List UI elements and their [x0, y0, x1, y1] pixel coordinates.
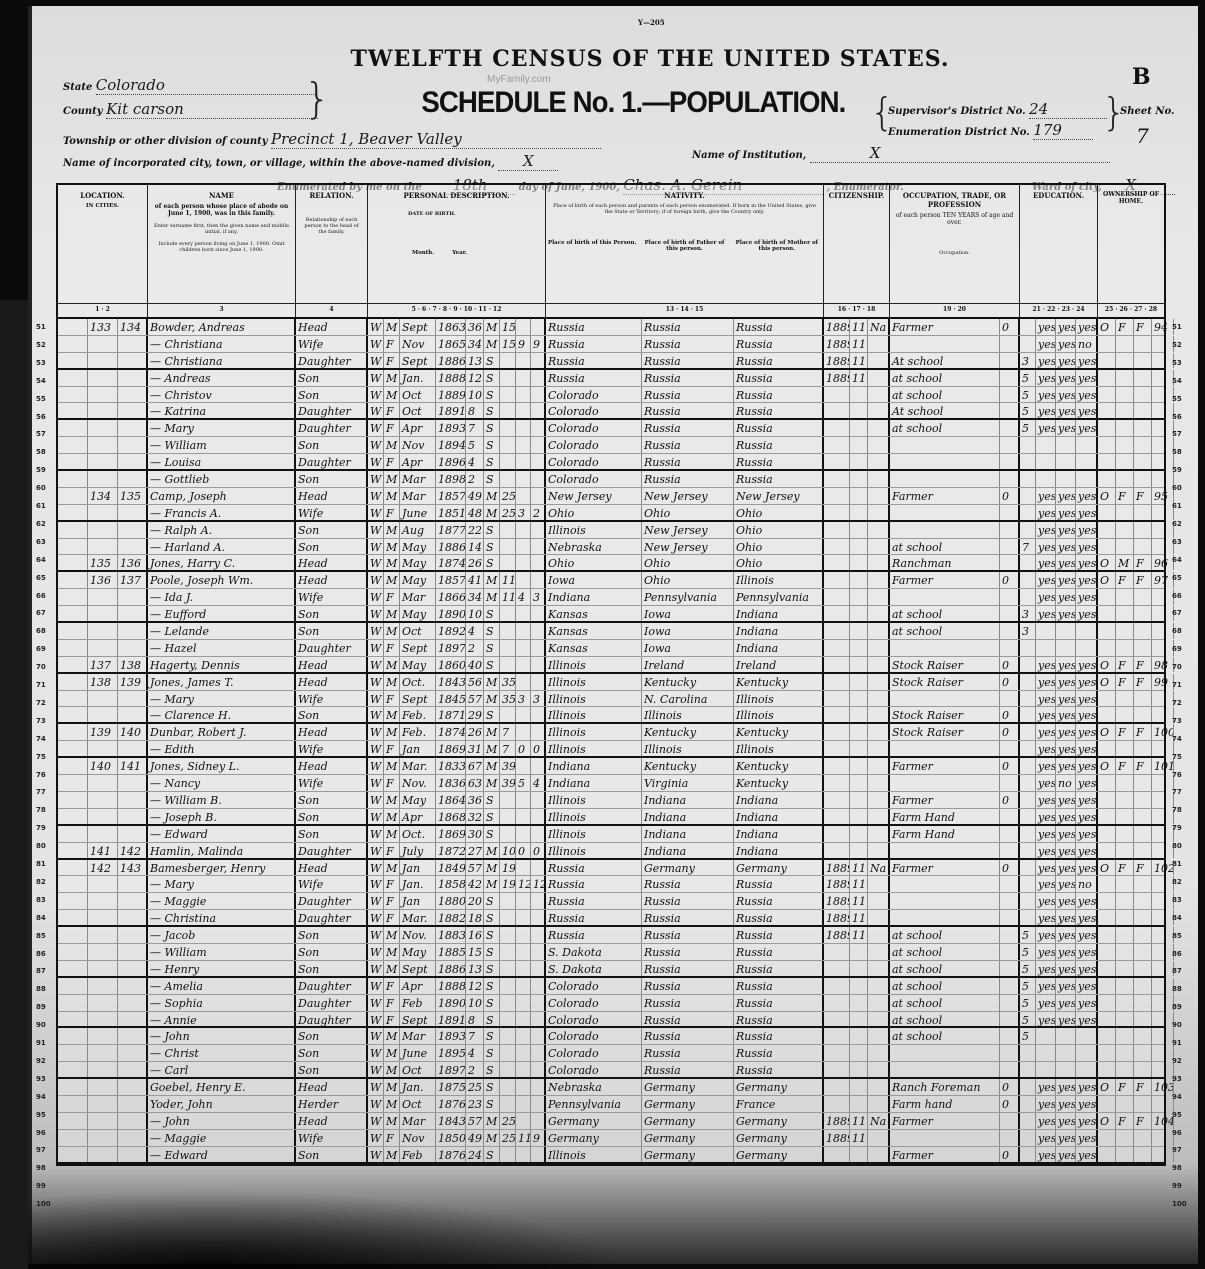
birthplace-father-cell: Russia [642, 1045, 734, 1061]
children-born-cell [516, 707, 531, 722]
school-months-cell [1020, 775, 1036, 791]
line-number-right: 65 [1172, 574, 1182, 582]
naturalization-cell [868, 555, 890, 570]
age-cell: 34 [466, 589, 484, 605]
person-name-cell: — Annie [148, 1012, 296, 1027]
naturalization-cell: Na [868, 860, 890, 876]
children-living-cell [531, 454, 546, 469]
street-cell [58, 758, 88, 774]
naturalization-cell [868, 437, 890, 453]
dwelling-number-cell [88, 944, 118, 960]
sex-cell: M [384, 387, 400, 403]
color-cell: W [368, 1147, 384, 1162]
owned-rented-cell [1098, 843, 1116, 858]
birth-month-cell: Sept [400, 353, 436, 368]
months-unemployed-cell [1000, 809, 1020, 824]
line-number-right: 73 [1172, 717, 1182, 725]
naturalization-cell [868, 1130, 890, 1146]
family-number-cell [118, 775, 148, 791]
naturalization-cell [868, 674, 890, 690]
dwelling-number-cell [88, 403, 118, 418]
occupation-sub: of each person TEN YEARS of age and over… [890, 209, 1019, 229]
farm-house-cell [1134, 403, 1152, 418]
location-title: LOCATION. [58, 185, 147, 200]
relation-cell: Son [296, 539, 368, 555]
family-number-cell [118, 961, 148, 976]
children-born-cell [516, 539, 531, 555]
speaks-english-cell: yes [1076, 319, 1098, 335]
family-number-cell [118, 876, 148, 892]
street-cell [58, 589, 88, 605]
free-mortgaged-cell [1116, 927, 1134, 943]
can-read-cell: yes [1036, 758, 1056, 774]
birthplace-father-cell: Russia [642, 437, 734, 453]
color-cell: W [368, 1079, 384, 1095]
marital-status-cell: M [484, 724, 500, 740]
children-born-cell [516, 961, 531, 976]
children-born-cell [516, 758, 531, 774]
immigration-year-cell [824, 1079, 850, 1095]
can-read-cell: yes [1036, 961, 1056, 976]
person-name-cell: — Hazel [148, 640, 296, 656]
farm-house-cell: F [1134, 572, 1152, 588]
census-title: TWELFTH CENSUS OF THE UNITED STATES. [32, 46, 1198, 72]
years-in-us-cell [850, 488, 868, 504]
children-living-cell [531, 961, 546, 976]
owned-rented-cell [1098, 1045, 1116, 1061]
relation-cell: Son [296, 370, 368, 386]
years-married-cell [500, 420, 516, 436]
months-unemployed-cell [1000, 1028, 1020, 1044]
occupation-cell: at school [890, 995, 1000, 1011]
naturalization-cell [868, 741, 890, 756]
months-unemployed-cell [1000, 370, 1020, 386]
owned-rented-cell [1098, 741, 1116, 756]
marital-status-cell: S [484, 707, 500, 722]
line-number-right: 82 [1172, 878, 1182, 886]
color-cell: W [368, 420, 384, 436]
children-born-cell [516, 471, 531, 487]
birthplace-father-cell: Kentucky [642, 758, 734, 774]
years-in-us-cell [850, 589, 868, 605]
line-number-right: 92 [1172, 1057, 1182, 1065]
marital-status-cell: M [484, 876, 500, 892]
table-row: — MaryWifeWFSept184557M3533IllinoisN. Ca… [58, 691, 1164, 708]
age-cell: 24 [466, 1147, 484, 1162]
marital-status-cell: S [484, 353, 500, 368]
family-number-cell [118, 471, 148, 487]
street-cell [58, 387, 88, 403]
relation-title: RELATION. [296, 185, 367, 200]
family-number-cell: 134 [118, 319, 148, 335]
family-number-cell [118, 826, 148, 842]
street-cell [58, 1113, 88, 1129]
table-row: 135136Jones, Harry C.HeadWMMay187426SOhi… [58, 555, 1164, 572]
sex-cell: M [384, 860, 400, 876]
children-born-cell [516, 978, 531, 994]
can-read-cell: yes [1036, 505, 1056, 520]
free-mortgaged-cell [1116, 741, 1134, 756]
sex-cell: F [384, 775, 400, 791]
birthplace-person-cell: Colorado [546, 471, 642, 487]
naturalization-cell [868, 724, 890, 740]
owned-rented-cell [1098, 640, 1116, 656]
marital-status-cell: S [484, 387, 500, 403]
birthplace-mother-cell: Russia [734, 944, 824, 960]
birthplace-father-cell: Russia [642, 1028, 734, 1044]
farm-house-cell [1134, 1130, 1152, 1146]
children-born-cell [516, 927, 531, 943]
relation-cell: Son [296, 1147, 368, 1162]
birthplace-mother-cell: Indiana [734, 792, 824, 808]
school-months-cell [1020, 674, 1036, 690]
birth-year-cell: 1875 [436, 1079, 466, 1095]
years-married-cell [500, 353, 516, 368]
farm-schedule-cell [1152, 589, 1174, 605]
can-write-cell: yes [1056, 522, 1076, 538]
birth-month-cell: Mar. [400, 758, 436, 774]
table-row: Goebel, Henry E.HeadWMJan.187525SNebrask… [58, 1079, 1164, 1096]
birthplace-person-cell: Indiana [546, 589, 642, 605]
months-unemployed-cell [1000, 978, 1020, 994]
immigration-year-cell [824, 539, 850, 555]
owned-rented-cell [1098, 944, 1116, 960]
table-row: 140141Jones, Sidney L.HeadWMMar.183367M3… [58, 758, 1164, 775]
birthplace-father-cell: Germany [642, 1130, 734, 1146]
institution-value: X [810, 144, 1110, 163]
street-cell [58, 691, 88, 707]
immigration-year-cell: 1889 [824, 319, 850, 335]
dwelling-number-cell [88, 1012, 118, 1027]
line-number-right: 90 [1172, 1021, 1182, 1029]
birthplace-mother-cell: Illinois [734, 691, 824, 707]
sex-cell: F [384, 1012, 400, 1027]
naturalization-cell [868, 572, 890, 588]
can-read-cell: yes [1036, 336, 1056, 352]
line-number-left: 64 [36, 556, 46, 564]
months-unemployed-cell [1000, 1062, 1020, 1077]
relation-cell: Wife [296, 741, 368, 756]
dwelling-number-cell [88, 995, 118, 1011]
children-born-cell: 11 [516, 1130, 531, 1146]
street-cell [58, 353, 88, 368]
birth-year-cell: 1892 [436, 623, 466, 639]
sex-cell: M [384, 674, 400, 690]
line-number-left: 73 [36, 717, 46, 725]
farm-house-cell [1134, 927, 1152, 943]
birthplace-person-cell: Colorado [546, 1062, 642, 1077]
relation-cell: Head [296, 555, 368, 570]
children-living-cell [531, 370, 546, 386]
relation-cell: Head [296, 724, 368, 740]
person-name-cell: Goebel, Henry E. [148, 1079, 296, 1095]
line-number-right: 61 [1172, 502, 1182, 510]
immigration-year-cell [824, 437, 850, 453]
color-cell: W [368, 691, 384, 707]
birth-year-cell: 1893 [436, 1028, 466, 1044]
birthplace-person-cell: Colorado [546, 1012, 642, 1027]
line-number-right: 62 [1172, 520, 1182, 528]
person-name-cell: — Katrina [148, 403, 296, 418]
family-number-cell [118, 893, 148, 909]
color-cell: W [368, 572, 384, 588]
table-body: 133134Bowder, AndreasHeadWMSept186336M15… [58, 319, 1164, 1164]
relation-cell: Wife [296, 775, 368, 791]
occupation-cell: Farmer [890, 758, 1000, 774]
naturalization-cell [868, 1079, 890, 1095]
immigration-year-cell: 1889 [824, 876, 850, 892]
relation-cell: Wife [296, 336, 368, 352]
farm-schedule-cell [1152, 1012, 1174, 1027]
naturalization-cell [868, 606, 890, 621]
person-name-cell: — Christiana [148, 353, 296, 368]
farm-house-cell [1134, 910, 1152, 925]
speaks-english-cell: yes [1076, 1012, 1098, 1027]
children-living-cell: 0 [531, 741, 546, 756]
immigration-year-cell [824, 420, 850, 436]
line-number-left: 53 [36, 359, 46, 367]
free-mortgaged-cell [1116, 792, 1134, 808]
birthplace-person-cell: Nebraska [546, 539, 642, 555]
occupation-cell: at school [890, 623, 1000, 639]
free-mortgaged-cell [1116, 809, 1134, 824]
immigration-year-cell [824, 403, 850, 418]
line-number-right: 85 [1172, 932, 1182, 940]
family-number-cell [118, 336, 148, 352]
birthplace-father-cell: Russia [642, 995, 734, 1011]
children-living-cell [531, 319, 546, 335]
table-row: — Harland A.SonWMMay188614SNebraskaNew J… [58, 539, 1164, 556]
years-married-cell [500, 1028, 516, 1044]
color-cell: W [368, 488, 384, 504]
line-number-left: 97 [36, 1146, 46, 1154]
farm-house-cell [1134, 640, 1152, 656]
table-row: — Ida J.WifeWFMar186634M1143IndianaPenns… [58, 589, 1164, 606]
farm-schedule-cell: 102 [1152, 860, 1174, 876]
line-number-right: 69 [1172, 645, 1182, 653]
speaks-english-cell: yes [1076, 555, 1098, 570]
age-cell: 12 [466, 978, 484, 994]
years-married-cell [500, 1062, 516, 1077]
farm-house-cell [1134, 471, 1152, 487]
birthplace-person-cell: Nebraska [546, 1079, 642, 1095]
can-read-cell: yes [1036, 420, 1056, 436]
marital-status-cell: S [484, 454, 500, 469]
marital-status-cell: S [484, 640, 500, 656]
speaks-english-cell [1076, 640, 1098, 656]
children-living-cell: 3 [531, 691, 546, 707]
birthplace-mother-cell: Russia [734, 961, 824, 976]
person-name-cell: — Louisa [148, 454, 296, 469]
farm-house-cell [1134, 876, 1152, 892]
years-in-us-cell [850, 505, 868, 520]
naturalization-cell [868, 809, 890, 824]
dwelling-number-cell [88, 353, 118, 368]
birthplace-father-cell: Germany [642, 1113, 734, 1129]
watermark: MyFamily.com [487, 74, 551, 85]
occupation-cell [890, 1062, 1000, 1077]
relation-cell: Daughter [296, 403, 368, 418]
children-living-cell [531, 860, 546, 876]
dwelling-number-cell [88, 826, 118, 842]
school-months-cell: 5 [1020, 944, 1036, 960]
children-living-cell [531, 944, 546, 960]
table-row: 137138Hagerty, DennisHeadWMMay186040SIll… [58, 657, 1164, 674]
school-months-cell: 7 [1020, 539, 1036, 555]
table-row: — MaggieDaughterWFJan188020SRussiaRussia… [58, 893, 1164, 910]
years-married-cell: 25 [500, 1113, 516, 1129]
birth-month-cell: Jan. [400, 876, 436, 892]
children-born-cell [516, 572, 531, 588]
owned-rented-cell [1098, 910, 1116, 925]
marital-status-cell: S [484, 1012, 500, 1027]
marital-status-cell: S [484, 437, 500, 453]
months-unemployed-cell: 0 [1000, 319, 1020, 335]
months-unemployed-cell [1000, 336, 1020, 352]
can-write-cell: yes [1056, 488, 1076, 504]
immigration-year-cell [824, 809, 850, 824]
sex-cell: F [384, 1130, 400, 1146]
months-unemployed-cell: 0 [1000, 724, 1020, 740]
color-cell: W [368, 961, 384, 976]
naturalization-cell: Na [868, 319, 890, 335]
age-cell: 23 [466, 1096, 484, 1112]
years-in-us-cell: 11 [850, 319, 868, 335]
sex-cell: M [384, 370, 400, 386]
relation-cell: Son [296, 522, 368, 538]
street-cell [58, 741, 88, 756]
age-cell: 26 [466, 724, 484, 740]
county-value: Kit carson [106, 100, 318, 119]
can-read-cell: yes [1036, 657, 1056, 672]
relation-cell: Head [296, 674, 368, 690]
speaks-english-cell [1076, 623, 1098, 639]
sex-cell: M [384, 707, 400, 722]
line-number-left: 55 [36, 395, 46, 403]
personal-title: PERSONAL DESCRIPTION. [368, 185, 545, 200]
farm-schedule-cell [1152, 437, 1174, 453]
dwelling-number-cell: 136 [88, 572, 118, 588]
color-cell: W [368, 978, 384, 994]
census-table: LOCATION. IN CITIES. 1 · 2 NAME of each … [56, 183, 1166, 1166]
birth-month-cell: Nov [400, 1130, 436, 1146]
line-number-right: 51 [1172, 323, 1182, 331]
dwelling-number-cell [88, 809, 118, 824]
birth-month-cell: Mar [400, 471, 436, 487]
birth-year-cell: 1874 [436, 724, 466, 740]
free-mortgaged-cell [1116, 623, 1134, 639]
line-number-left: 91 [36, 1039, 46, 1047]
family-number-cell [118, 707, 148, 722]
street-cell [58, 809, 88, 824]
birthplace-person-cell: Colorado [546, 403, 642, 418]
birth-year-cell: 1891 [436, 403, 466, 418]
immigration-year-cell [824, 775, 850, 791]
sex-cell: F [384, 741, 400, 756]
line-number-left: 59 [36, 466, 46, 474]
line-number-right: 81 [1172, 860, 1182, 868]
immigration-year-cell [824, 978, 850, 994]
school-months-cell: 5 [1020, 403, 1036, 418]
years-married-cell [500, 1147, 516, 1162]
birth-month-cell: Apr [400, 809, 436, 824]
years-in-us-cell [850, 674, 868, 690]
enumeration-value: 179 [1033, 121, 1093, 140]
relation-cell: Son [296, 437, 368, 453]
birthplace-person-cell: Illinois [546, 657, 642, 672]
children-living-cell [531, 471, 546, 487]
table-row: — EdwardSonWMOct.186930SIllinoisIndianaI… [58, 826, 1164, 843]
immigration-year-cell [824, 657, 850, 672]
age-cell: 48 [466, 505, 484, 520]
occupation-cell: Farmer [890, 1147, 1000, 1162]
header-nativity: NATIVITY. Place of birth of each person … [546, 185, 824, 317]
naturalization-cell [868, 454, 890, 469]
line-number-left: 52 [36, 341, 46, 349]
can-read-cell: yes [1036, 792, 1056, 808]
line-number-left: 56 [36, 413, 46, 421]
children-living-cell [531, 809, 546, 824]
years-married-cell: 19 [500, 876, 516, 892]
dwelling-number-cell [88, 437, 118, 453]
person-name-cell: — Maggie [148, 1130, 296, 1146]
naturalization-cell [868, 589, 890, 605]
color-cell: W [368, 1028, 384, 1044]
sex-cell: M [384, 927, 400, 943]
can-write-cell: yes [1056, 403, 1076, 418]
birthplace-mother-cell: Ohio [734, 522, 824, 538]
birth-month-cell: Sept [400, 961, 436, 976]
birthplace-mother-cell: Indiana [734, 606, 824, 621]
person-name-cell: — Joseph B. [148, 809, 296, 824]
can-write-cell: yes [1056, 927, 1076, 943]
occupation-cell: Farmer [890, 572, 1000, 588]
age-cell: 49 [466, 488, 484, 504]
months-unemployed-cell [1000, 741, 1020, 756]
birthplace-person-cell: Illinois [546, 707, 642, 722]
birthplace-father-cell: New Jersey [642, 539, 734, 555]
children-born-cell [516, 488, 531, 504]
age-cell: 36 [466, 319, 484, 335]
birth-month-cell: Mar [400, 488, 436, 504]
years-in-us-cell [850, 758, 868, 774]
relation-cell: Daughter [296, 978, 368, 994]
occupation-cell: at school [890, 539, 1000, 555]
children-born-cell [516, 1045, 531, 1061]
birth-year-cell: 1895 [436, 1045, 466, 1061]
dwelling-number-cell [88, 691, 118, 707]
age-cell: 57 [466, 1113, 484, 1129]
line-number-left: 79 [36, 824, 46, 832]
person-name-cell: — Christov [148, 387, 296, 403]
table-row: — CarlSonWMOct18972SColoradoRussiaRussia [58, 1062, 1164, 1079]
marital-status-cell: M [484, 319, 500, 335]
farm-house-cell [1134, 826, 1152, 842]
birth-month-cell: Apr [400, 978, 436, 994]
farm-house-cell [1134, 691, 1152, 707]
colnum-citizenship: 16 · 17 · 18 [824, 303, 889, 315]
birthplace-mother-cell: Russia [734, 370, 824, 386]
line-number-left: 81 [36, 860, 46, 868]
farm-schedule-cell [1152, 387, 1174, 403]
sex-cell: F [384, 691, 400, 707]
naturalization-cell [868, 1062, 890, 1077]
person-name-cell: — Christina [148, 910, 296, 925]
months-unemployed-cell [1000, 454, 1020, 469]
marital-status-cell: M [484, 775, 500, 791]
immigration-year-cell [824, 572, 850, 588]
marital-status-cell: S [484, 944, 500, 960]
